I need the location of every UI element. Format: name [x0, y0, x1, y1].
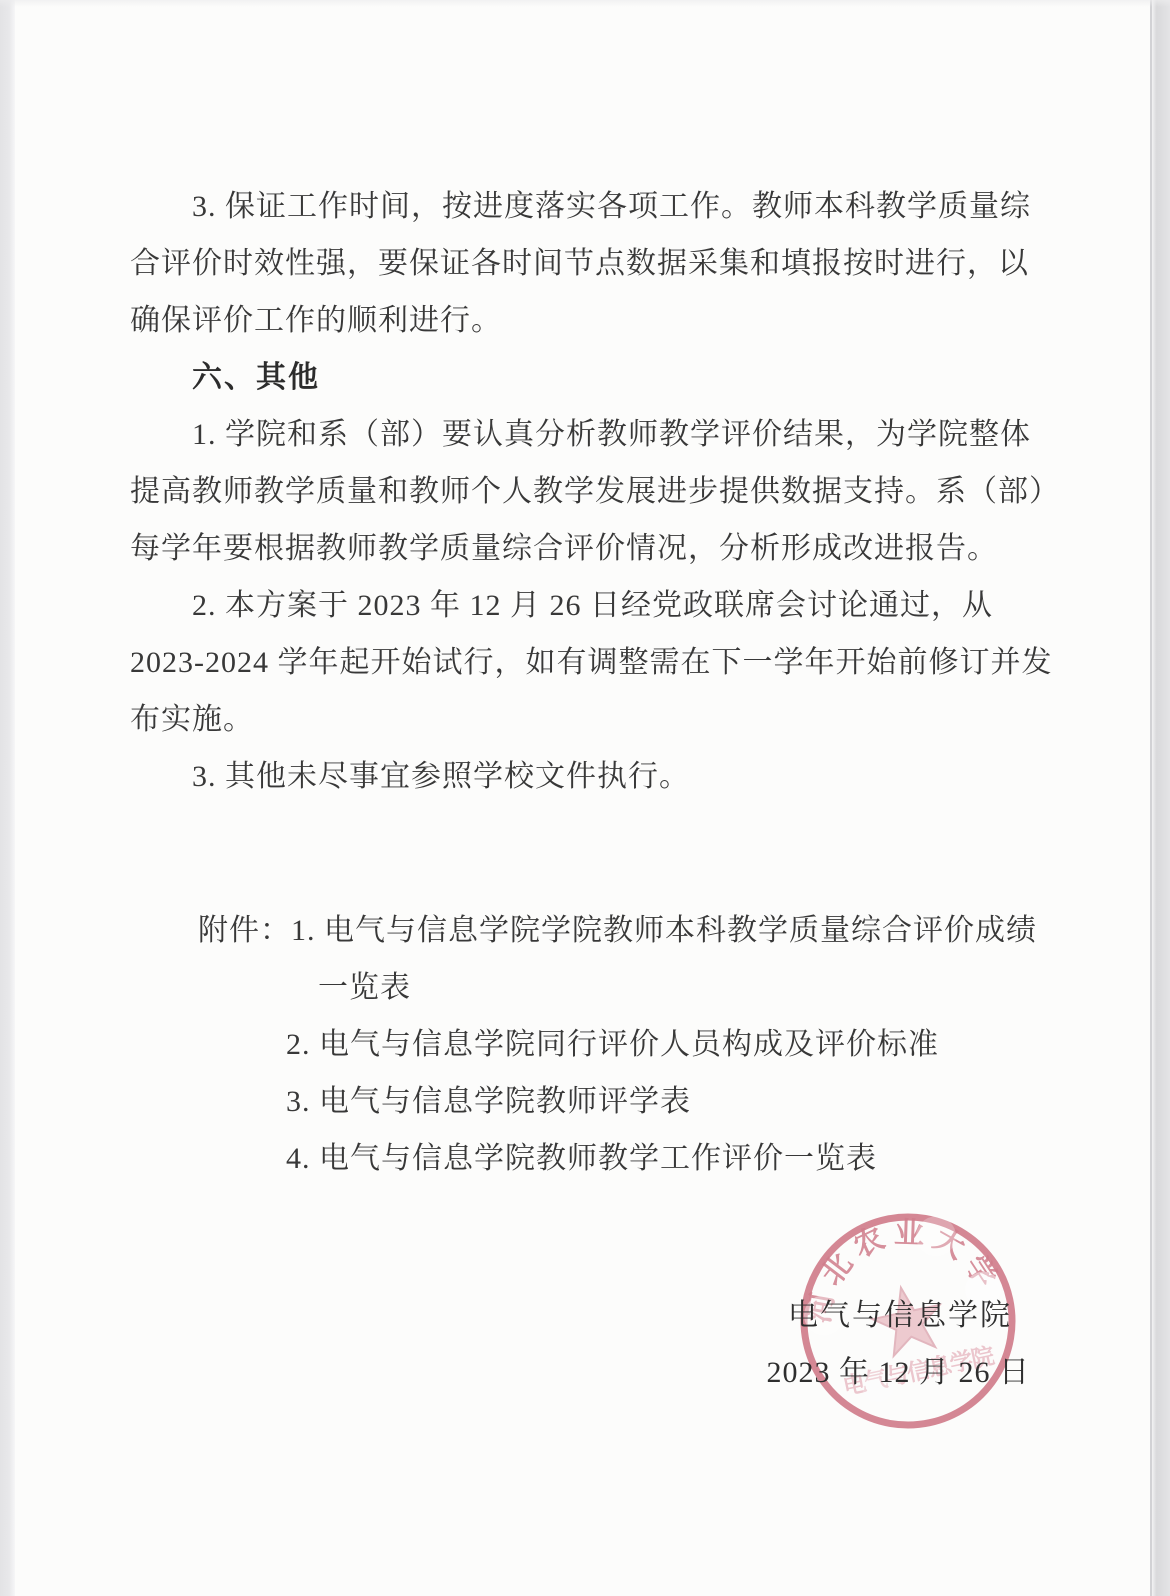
body-line: 每学年要根据教师教学质量综合评价情况，分析形成改进报告。 — [130, 520, 1035, 577]
seal-fade-spot — [912, 1213, 959, 1260]
photo-edge-left — [0, 0, 15, 1596]
body-line: 确保评价工作的顺利进行。 — [130, 292, 1035, 349]
scanned-document-page: { "page": { "kind": "官方文件扫描页" }, "body":… — [0, 0, 1170, 1596]
attachment-list: 附件：1. 电气与信息学院学院教师本科教学质量综合评价成绩 一览表 2. 电气与… — [130, 902, 1070, 1187]
document-body: 3. 保证工作时间，按进度落实各项工作。教师本科教学质量综 合评价时效性强，要保… — [130, 178, 1035, 805]
body-line: 1. 学院和系（部）要认真分析教师教学评价结果，为学院整体 — [130, 406, 1035, 463]
body-line: 提高教师教学质量和教师个人教学发展进步提供数据支持。系（部） — [130, 463, 1035, 520]
attachment-item: 3. 电气与信息学院教师评学表 — [130, 1073, 1070, 1130]
section-heading: 六、其他 — [130, 349, 1035, 406]
attachment-lead: 附件：1. 电气与信息学院学院教师本科教学质量综合评价成绩 — [130, 902, 1070, 959]
attachment-item: 2. 电气与信息学院同行评价人员构成及评价标准 — [130, 1016, 1070, 1073]
body-line: 2. 本方案于 2023 年 12 月 26 日经党政联席会讨论通过，从 — [130, 577, 1035, 634]
body-line: 合评价时效性强，要保证各时间节点数据采集和填报按时进行，以 — [130, 235, 1035, 292]
signing-organization: 电气与信息学院 — [610, 1287, 1030, 1344]
photo-edge-right — [1150, 0, 1170, 1596]
attachment-continuation: 一览表 — [130, 959, 1070, 1016]
body-line: 2023-2024 学年起开始试行，如有调整需在下一学年开始前修订并发 — [130, 634, 1035, 691]
body-line: 3. 其他未尽事宜参照学校文件执行。 — [130, 748, 1035, 805]
signature-block: 电气与信息学院 2023 年 12 月 26 日 — [610, 1287, 1030, 1401]
body-line: 3. 保证工作时间，按进度落实各项工作。教师本科教学质量综 — [130, 178, 1035, 235]
attachment-item: 4. 电气与信息学院教师教学工作评价一览表 — [130, 1130, 1070, 1187]
photo-edge-top — [0, 0, 1170, 7]
signing-date: 2023 年 12 月 26 日 — [610, 1344, 1030, 1401]
body-line: 布实施。 — [130, 691, 1035, 748]
